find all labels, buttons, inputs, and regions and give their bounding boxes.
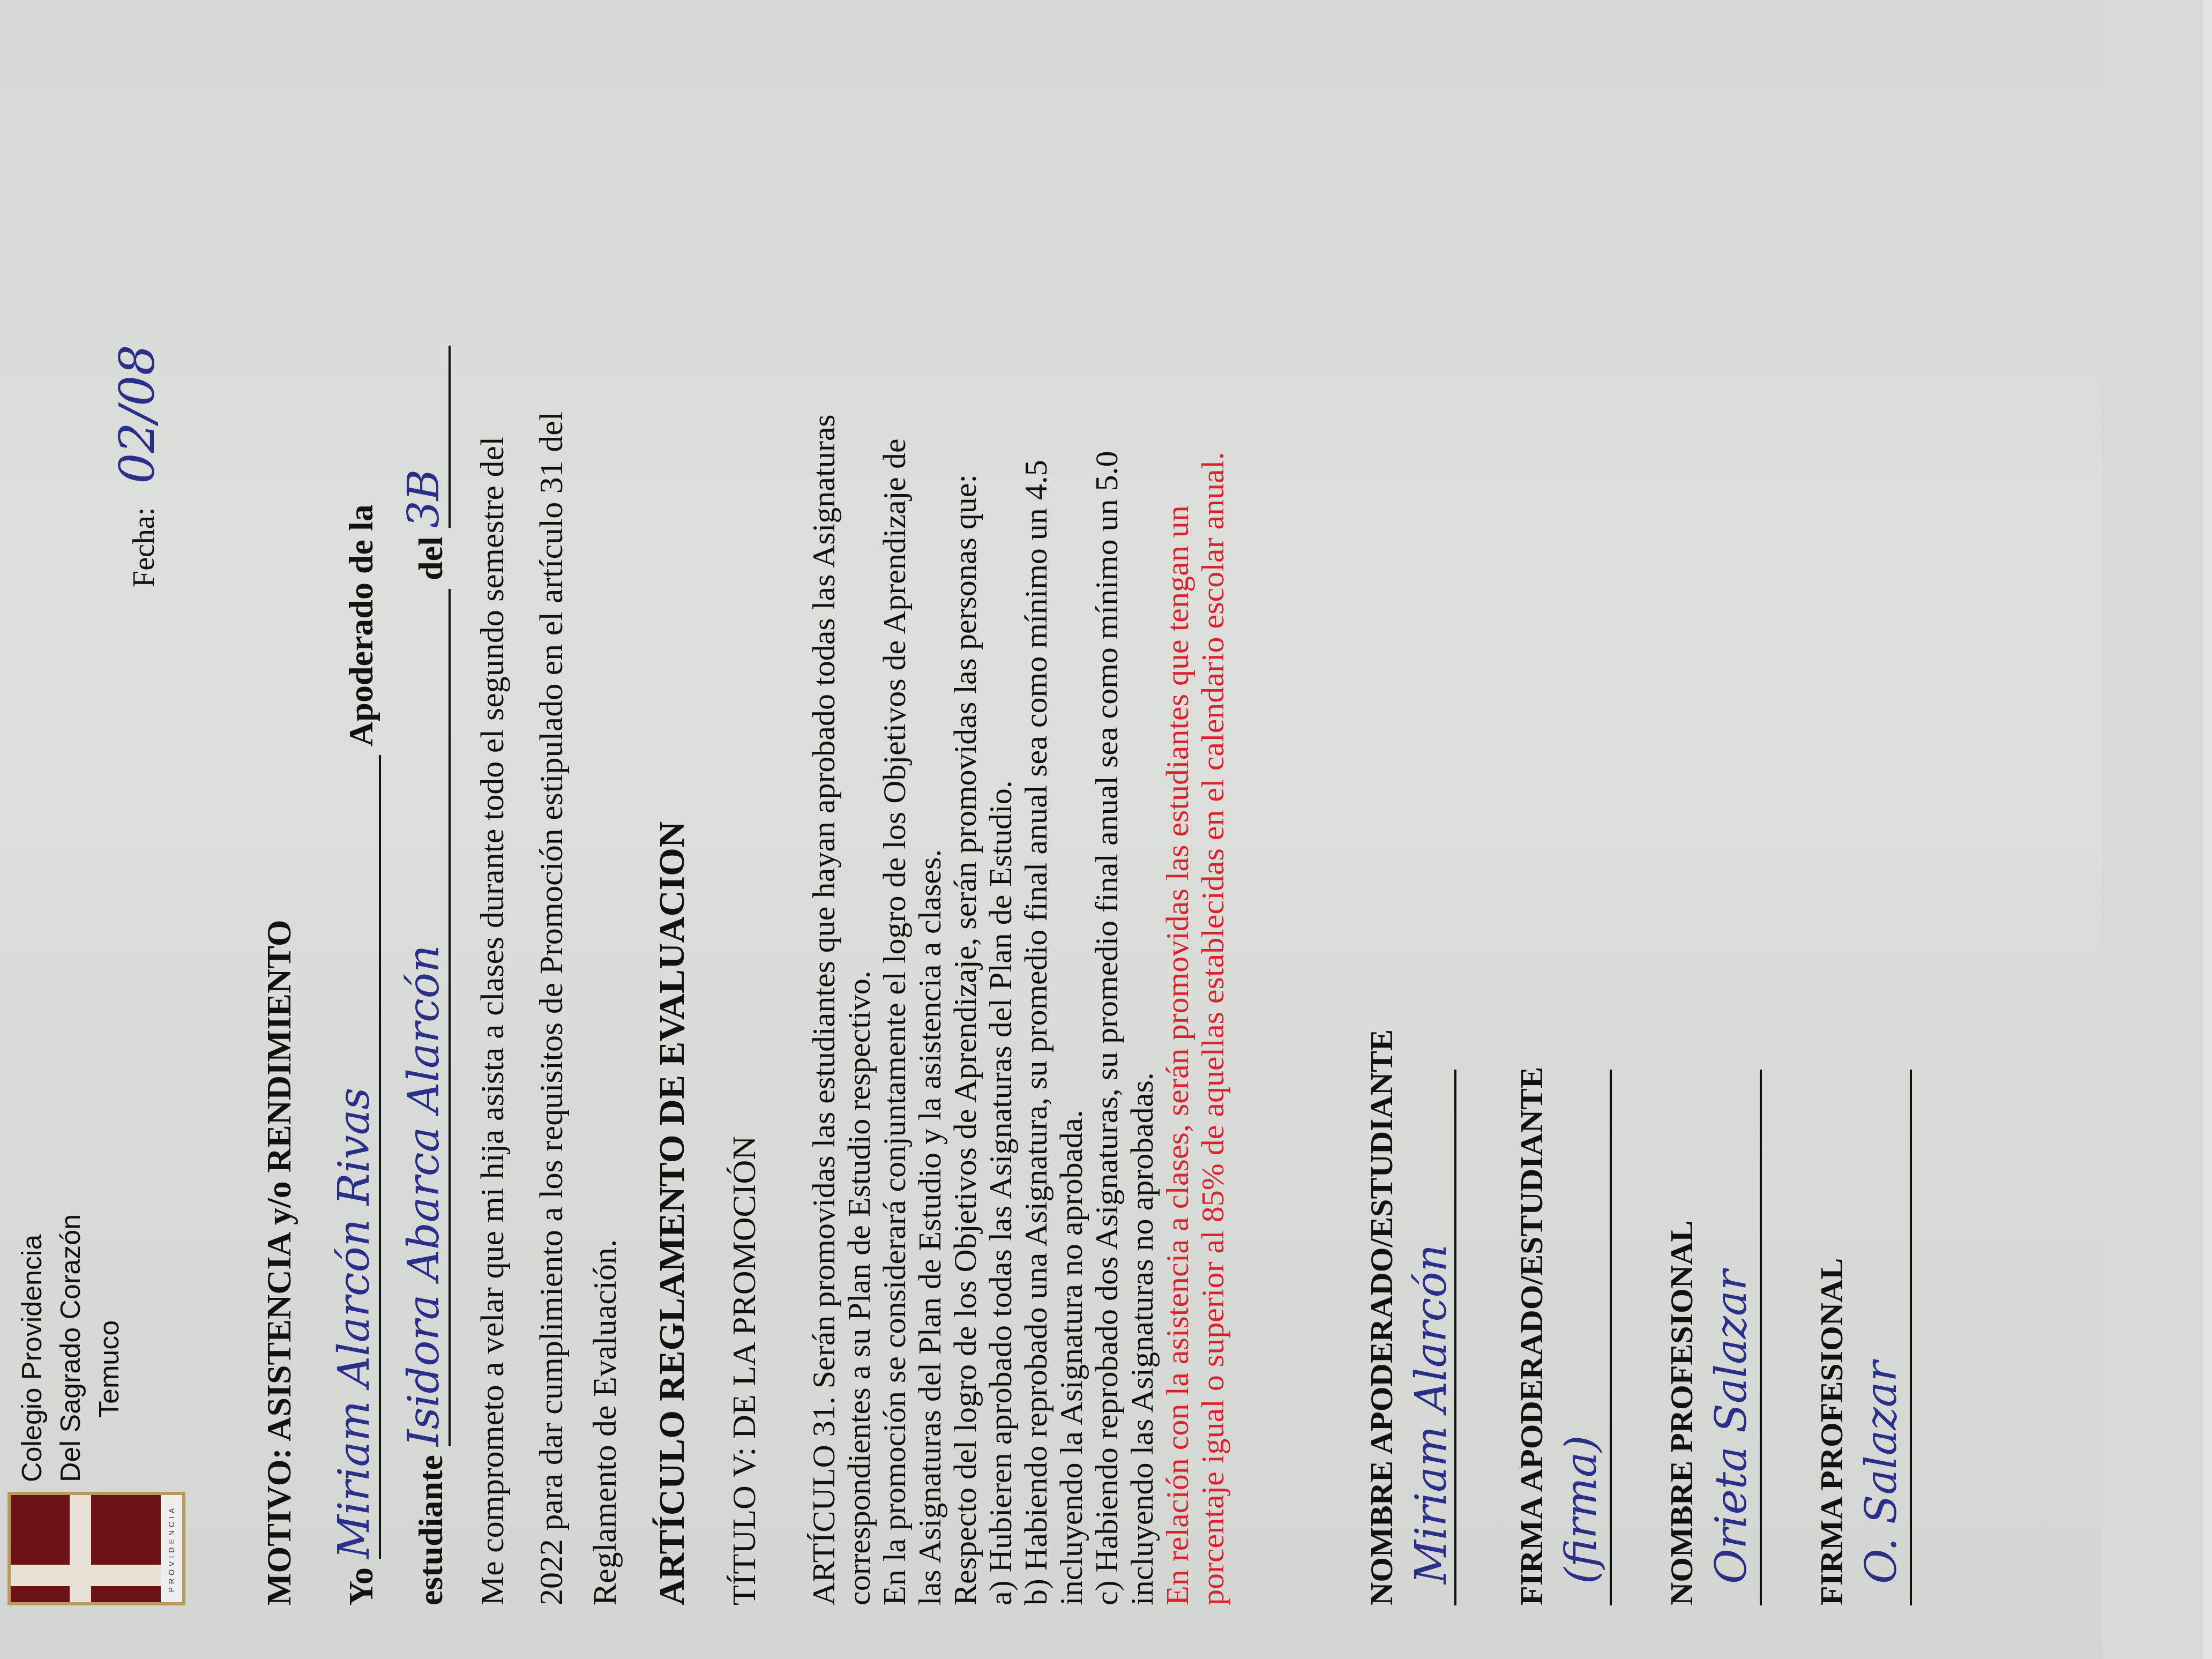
reglamento-heading: ARTÍCULO REGLAMENTO DE EVALUACION (651, 821, 693, 1605)
signature-line (1760, 1070, 1762, 1605)
apoderado-label: Apoderado de la (342, 504, 380, 746)
cross-icon (11, 1565, 182, 1586)
student-name-field[interactable]: Isidora Abarca Alarcón (399, 589, 451, 1446)
cross-bar (70, 1495, 91, 1602)
guardian-signature-label: FIRMA APODERADO/ESTUDIANTE (1513, 1067, 1550, 1605)
course-field[interactable]: 3B (399, 346, 451, 528)
titulo-heading: TÍTULO V: DE LA PROMOCIÓN (726, 1136, 764, 1605)
school-line: Del Sagrado Corazón (51, 1214, 90, 1482)
article-line: a) Hubieren aprobado todas las Asignatur… (983, 414, 1018, 1605)
date-field: Fecha: 02/08 (109, 345, 166, 587)
estudiante-row: estudiante Isidora Abarca Alarcón del 3B (399, 346, 451, 1605)
signature-line (1910, 1070, 1912, 1605)
signature-line (1454, 1070, 1456, 1605)
attendance-rule-line: porcentaje igual o superior al 85% de aq… (1195, 414, 1230, 1605)
date-label: Fecha: (128, 507, 161, 587)
school-city: Temuco (90, 1214, 129, 1482)
guardian-name-value[interactable]: Miriam Alarcón (1406, 1244, 1456, 1584)
commitment-line: Reglamento de Evaluación. (586, 1239, 624, 1605)
commitment-line: 2022 para dar cumplimiento a los requisi… (533, 412, 571, 1605)
article-31: ARTÍCULO 31. Serán promovidas las estudi… (806, 414, 1230, 1605)
date-value[interactable]: 02/08 (109, 345, 166, 483)
professional-signature[interactable]: O. Salazar (1856, 1361, 1906, 1584)
signature-line (1610, 1070, 1612, 1605)
article-line: b) Habiendo reprobado una Asignatura, su… (1018, 414, 1053, 1605)
del-label: del (412, 536, 450, 580)
professional-signature-label: FIRMA PROFESIONAL (1813, 1258, 1850, 1605)
article-line: las Asignaturas del Plan de Estudio y la… (912, 414, 947, 1605)
paper: PROVIDENCIA Colegio Providencia Del Sagr… (0, 0, 2103, 1659)
professional-name-label: NOMBRE PROFESIONAL (1663, 1221, 1700, 1605)
article-line: ARTÍCULO 31. Serán promovidas las estudi… (806, 414, 841, 1605)
article-line: Respecto del logro de los Objetivos de A… (947, 414, 983, 1605)
article-line: incluyendo la Asignatura no aprobada. (1053, 414, 1089, 1605)
guardian-name-field[interactable]: Miriam Alarcón Rivas (329, 755, 381, 1559)
logo-text: PROVIDENCIA (161, 1495, 182, 1602)
commitment-line: Me comprometo a velar que mi hija asista… (474, 437, 512, 1605)
school-name: Colegio Providencia Del Sagrado Corazón … (13, 1214, 129, 1482)
school-logo: PROVIDENCIA (8, 1492, 185, 1605)
article-line: c) Habiendo reprobado dos Asignaturas, s… (1089, 414, 1124, 1605)
school-line: Colegio Providencia (13, 1214, 51, 1482)
document-page: PROVIDENCIA Colegio Providencia Del Sagr… (0, 0, 2203, 1659)
attendance-rule-line: En relación con la asistencia a clases, … (1160, 414, 1195, 1605)
article-line: correspondientes a su Plan de Estudio re… (841, 414, 877, 1605)
article-line: En la promoción se considerará conjuntam… (877, 414, 912, 1605)
yo-row: Yo Miriam Alarcón Rivas Apoderado de la (329, 504, 381, 1605)
motivo-title: MOTIVO: ASISTENCIA y/o RENDIMIENTO (259, 920, 299, 1605)
article-line: incluyendo las Asignaturas no aprobadas. (1124, 414, 1160, 1605)
guardian-name-label: NOMBRE APODERADO/ESTUDIANTE (1363, 1029, 1400, 1605)
estudiante-label: estudiante (412, 1455, 450, 1605)
guardian-signature[interactable]: (firma) (1556, 1435, 1606, 1584)
yo-label: Yo (342, 1567, 380, 1605)
professional-name-value[interactable]: Orieta Salazar (1706, 1270, 1756, 1584)
